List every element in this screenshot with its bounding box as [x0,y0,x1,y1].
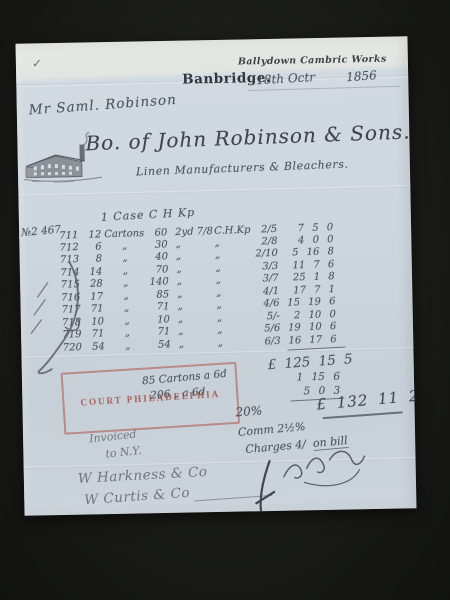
row-lot: 712 [59,242,83,254]
cartons-extra-1-amount: 1 15 6 [284,371,340,384]
row-qty: 6 [81,241,101,253]
row-yards: 40 [140,251,168,263]
row-lot: 713 [60,254,84,266]
row-amount: 17 7 1 [273,284,335,297]
works-name: Ballydown Cambric Works [238,54,387,68]
row-lot: 718 [62,317,86,329]
row-yards: 71 [142,326,170,338]
row-lot: 720 [63,342,87,354]
grand-total-rule [323,411,403,419]
row-yards: 140 [141,276,169,288]
row-lot: 715 [61,279,85,291]
date-rule [248,86,400,91]
row-amount: 5 16 8 [272,246,334,259]
row-lot: 714 [60,267,84,279]
commission-note: Comm 2½% [238,420,306,439]
row-amount: 16 17 6 [275,334,337,347]
row-amount: 11 7 6 [272,259,334,272]
check-mark: ✓ [32,56,42,70]
row-qty: 28 [83,278,103,290]
row-qty: 54 [85,341,105,353]
row-yards: 10 [142,314,170,326]
bought-of-line: Bo. of John Robinson & Sons. [85,119,411,155]
handwritten-date: 18th Octr [256,70,315,87]
row-amount: 7 5 0 [271,222,333,235]
row-lot: 719 [62,329,86,341]
on-bill-text: on bill [312,434,348,451]
row-yards: 54 [143,339,171,351]
row-amount: 15 19 6 [273,296,335,309]
photo-background: ✓ Ballydown Cambric Works Banbridge. 18t… [0,0,450,600]
row-qty: 12 [81,229,101,241]
row-yards: 70 [140,264,168,276]
row-yards: 60 [139,227,167,239]
row-qty: 71 [83,303,103,315]
discount-note: 20% [235,403,263,419]
handwritten-year: 1856 [346,68,377,84]
row-amount: 4 0 0 [271,234,333,247]
subtotal-amount: £ 125 15 5 [267,351,353,373]
invoice-paper: ✓ Ballydown Cambric Works Banbridge. 18t… [16,36,417,515]
row-qty: 10 [84,316,104,328]
row-yards: 30 [139,239,167,251]
customer-name: Mr Saml. Robinson [28,92,177,119]
row-amount: 25 1 8 [273,271,335,284]
row-amount: 2 10 0 [274,309,336,322]
row-qty: 17 [83,291,103,303]
row-qty: 71 [84,328,104,340]
trade-line: Linen Manufacturers & Bleachers. [136,158,349,179]
case-header-line: 1 Case C H Kp [101,206,196,224]
row-qty: 14 [82,266,102,278]
row-lot: 716 [61,292,85,304]
row-lot: 711 [59,230,83,242]
row-yards: 71 [141,301,169,313]
row-qty: 8 [82,253,102,265]
ink-paraph-flourish [239,457,296,516]
row-lot: 717 [61,304,85,316]
row-amount: 19 10 6 [274,321,336,334]
ledger-table: 711 12 Cartons 60 2yd 7/8 C.H.Kp 2/5 7 5… [19,221,379,232]
merchant-name-1: W Harkness & Co [77,464,207,487]
to-ny-note: to N.Y. [105,444,142,461]
merchant-name-2: W Curtis & Co [84,485,191,509]
row-yards: 85 [141,289,169,301]
